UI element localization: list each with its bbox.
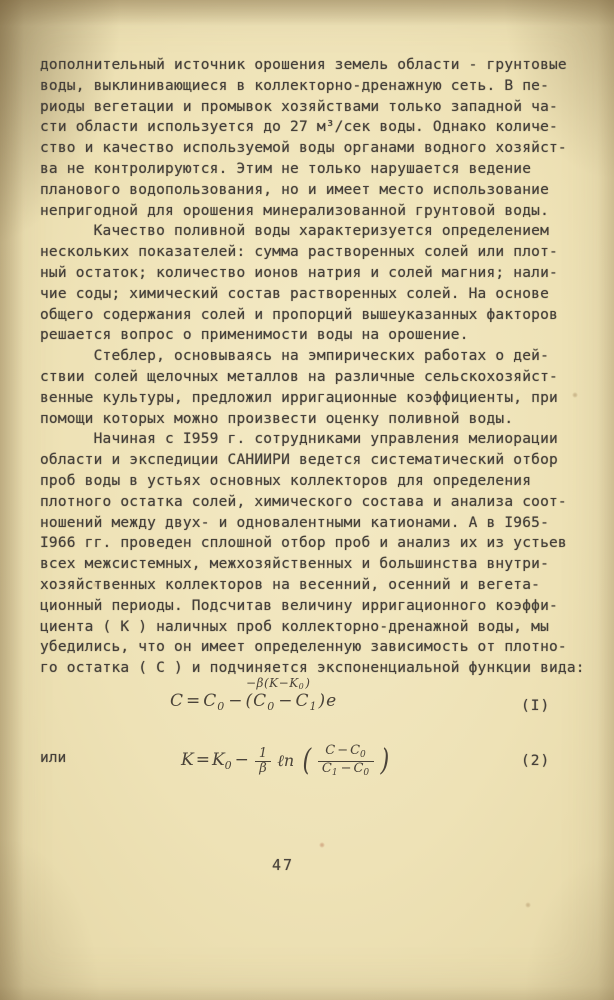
text-line: ва не контролируются. Этим не только нар… xyxy=(40,159,585,180)
text-line: помощи которых можно произвести оценку п… xyxy=(40,409,585,430)
close-paren: ) xyxy=(380,746,390,776)
text-line: проб воды в устьях основных коллекторов … xyxy=(40,471,585,492)
text-line: решается вопрос о применимости воды на о… xyxy=(40,325,585,346)
text-line: общего содержания солей и пропорций выше… xyxy=(40,305,585,326)
page-number: 47 xyxy=(272,856,294,874)
text-line: области и экспедиции САНИИРИ ведется сис… xyxy=(40,450,585,471)
text-line: сти области используется до 27 м³/сек во… xyxy=(40,117,585,138)
body-text: дополнительный источник орошения земель … xyxy=(40,55,585,679)
formula-1-label: (I) xyxy=(521,698,550,714)
formula-2-lhs: K=K0− xyxy=(181,750,251,772)
text-line: Начиная с I959 г. сотрудниками управлени… xyxy=(40,429,585,450)
text-line: воды, выклинивающиеся в коллекторно-дрен… xyxy=(40,76,585,97)
fraction-numerator: C−C0 xyxy=(321,744,371,760)
text-line: непригодной для орошения минерализованно… xyxy=(40,201,585,222)
text-line: нескольких показателей: сумма растворенн… xyxy=(40,242,585,263)
text-line: Стеблер, основываясь на эмпирических раб… xyxy=(40,346,585,367)
formula-2-prefix: или xyxy=(40,750,66,766)
text-line: I966 гг. проведен сплошной отбор проб и … xyxy=(40,533,585,554)
formula-1-body: C=C0−(C0−C1)e xyxy=(170,691,337,713)
text-line: Качество поливной воды характеризуется о… xyxy=(40,221,585,242)
fraction-numerator: 1 xyxy=(255,747,271,761)
scanned-page: дополнительный источник орошения земель … xyxy=(0,0,614,1000)
text-line: ствии солей щелочных металлов на различн… xyxy=(40,367,585,388)
text-line: хозяйственных коллекторов на весенний, о… xyxy=(40,575,585,596)
text-line: ство и качество используемой воды органа… xyxy=(40,138,585,159)
fraction-one-over-beta: 1 β xyxy=(255,747,271,775)
text-line: ношений между двух- и одновалентными кат… xyxy=(40,513,585,534)
open-paren: ( xyxy=(302,746,312,776)
formula-2: K=K0− 1 β ℓn ( C−C0 C1−C0 ) xyxy=(181,737,392,785)
text-line: ный остаток; количество ионов натрия и с… xyxy=(40,263,585,284)
text-line: убедились, что он имеет определенную зав… xyxy=(40,637,585,658)
fraction-concentration-ratio: C−C0 C1−C0 xyxy=(318,744,374,778)
text-line: венные культуры, предложил ирригационные… xyxy=(40,388,585,409)
natural-log-symbol: ℓn xyxy=(275,751,296,771)
text-line: планового водопользования, но и имеет ме… xyxy=(40,180,585,201)
text-line: циента ( K ) наличных проб коллекторно-д… xyxy=(40,617,585,638)
text-line: всех межсистемных, межхозяйственных и бо… xyxy=(40,554,585,575)
text-line: риоды вегетации и промывок хозяйствами т… xyxy=(40,97,585,118)
text-line: ционный периоды. Подсчитав величину ирри… xyxy=(40,596,585,617)
fraction-denominator: C1−C0 xyxy=(318,761,374,778)
text-line: плотного остатка солей, химического сост… xyxy=(40,492,585,513)
text-line: чие соды; химический состав растворенных… xyxy=(40,284,585,305)
formula-2-label: (2) xyxy=(521,753,550,769)
formula-1-exponent: −β(K−K0) xyxy=(246,676,337,691)
fraction-denominator: β xyxy=(255,761,271,776)
text-line: дополнительный источник орошения земель … xyxy=(40,55,585,76)
formula-1: −β(K−K0) C=C0−(C0−C1)e xyxy=(170,676,337,713)
